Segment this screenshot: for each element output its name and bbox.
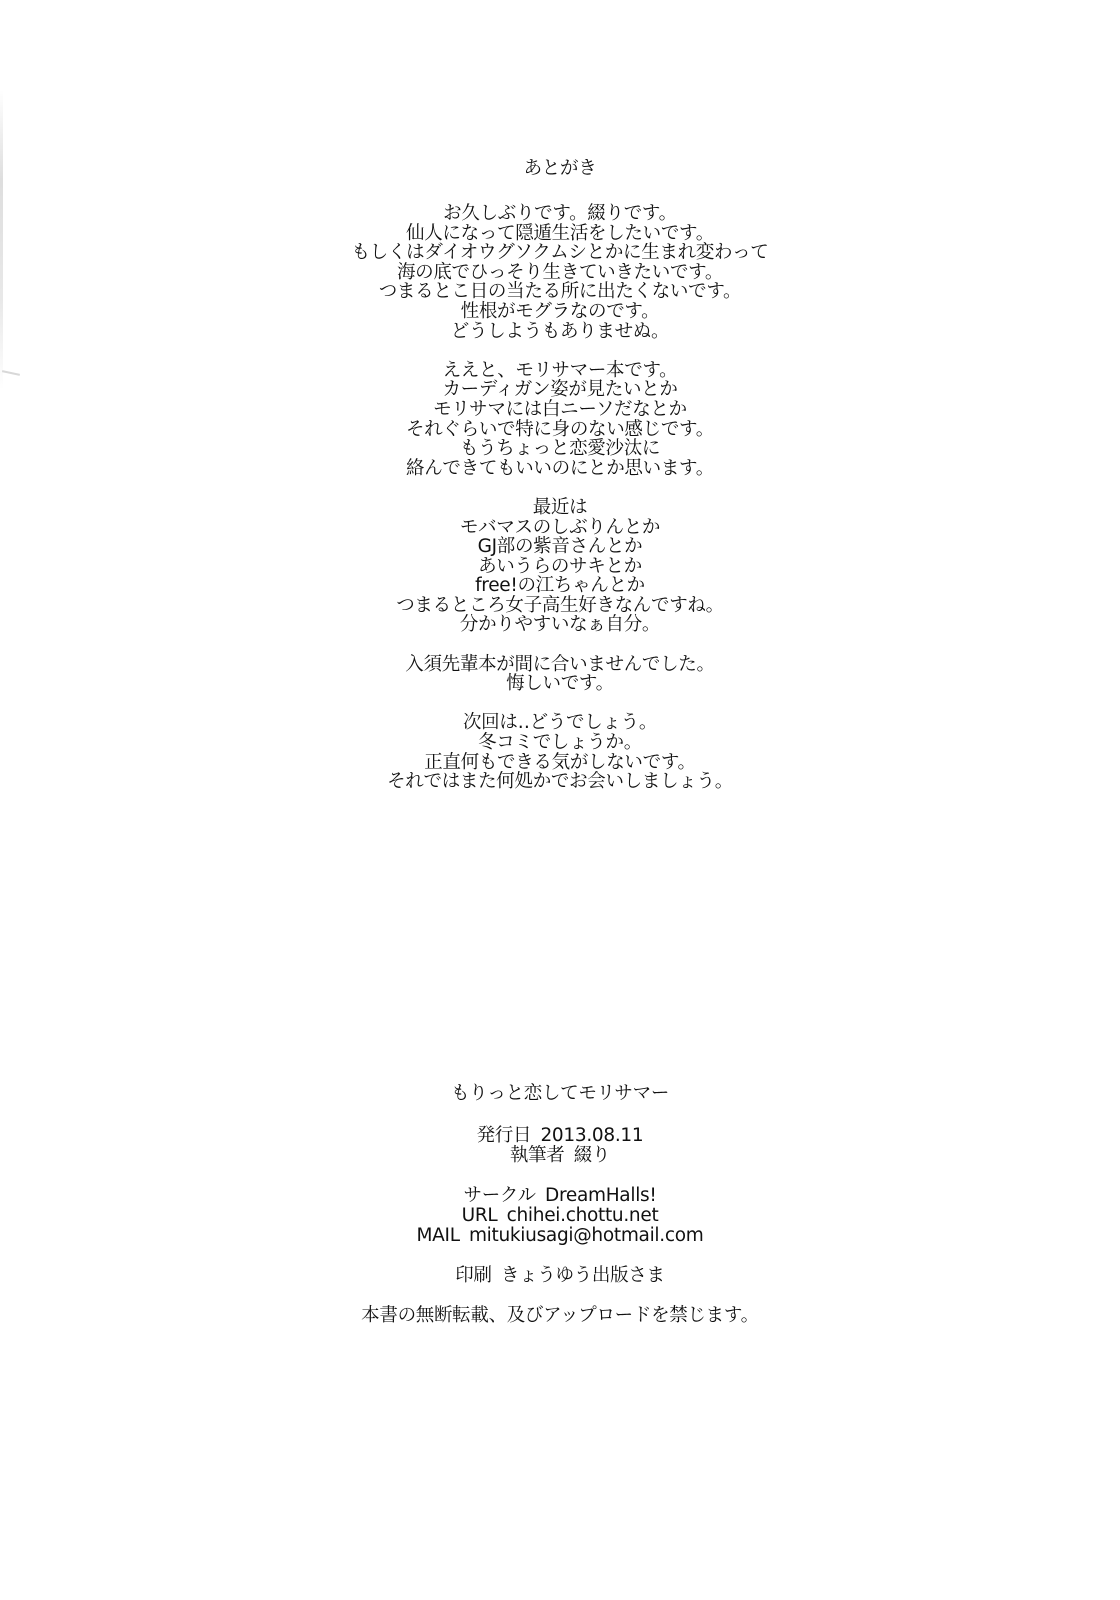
afterword-paragraph-4: 入須先輩本が間に合いませんでした。 悔しいです。 xyxy=(0,655,1120,694)
text-line: 仙人になって隠遁生活をしたいです。 xyxy=(0,224,1120,244)
text-line: 性根がモグラなのです。 xyxy=(0,302,1120,322)
url-row: URLchihei.chottu.net xyxy=(0,1206,1120,1226)
text-line: あいうらのサキとか xyxy=(0,557,1120,577)
afterword-paragraph-5: 次回は‥どうでしょう。 冬コミでしょうか。 正直何もできる気がしないです。 それ… xyxy=(0,713,1120,791)
text-line: 正直何もできる気がしないです。 xyxy=(0,753,1120,773)
text-line: カーディガン姿が見たいとか xyxy=(0,380,1120,400)
text-line: ええと、モリサマー本です。 xyxy=(0,361,1120,381)
text-line: お久しぶりです。綴りです。 xyxy=(0,204,1120,224)
circle-row: サークルDreamHalls! xyxy=(0,1186,1120,1206)
author-value: 綴り xyxy=(574,1145,610,1166)
text-line: もしくはダイオウグソクムシとかに生まれ変わって xyxy=(0,243,1120,263)
printing-value: きょうゆう出版さま xyxy=(501,1265,665,1286)
text-line: 絡んできてもいいのにとか思います。 xyxy=(0,459,1120,479)
book-page: あとがき お久しぶりです。綴りです。 仙人になって隠遁生活をしたいです。 もしく… xyxy=(0,0,1120,1600)
mail-value: mitukiusagi@hotmail.com xyxy=(469,1225,704,1246)
circle-value: DreamHalls! xyxy=(545,1185,656,1206)
publication-info: 発行日2013.08.11 執筆者綴り xyxy=(0,1126,1120,1166)
text-line: モリサマには白ニーソだなとか xyxy=(0,400,1120,420)
text-line: GJ部の紫音さんとか xyxy=(0,537,1120,557)
text-line: どうしようもありませぬ。 xyxy=(0,322,1120,342)
publication-date-value: 2013.08.11 xyxy=(540,1125,643,1146)
afterword-paragraph-3: 最近は モバマスのしぶりんとか GJ部の紫音さんとか あいうらのサキとか fre… xyxy=(0,498,1120,635)
text-line: モバマスのしぶりんとか xyxy=(0,518,1120,538)
mail-row: MAILmitukiusagi@hotmail.com xyxy=(0,1226,1120,1246)
url-label: URL xyxy=(462,1205,498,1226)
afterword-section: あとがき お久しぶりです。綴りです。 仙人になって隠遁生活をしたいです。 もしく… xyxy=(0,158,1120,811)
text-line: つまるとこ日の当たる所に出たくないです。 xyxy=(0,282,1120,302)
text-line: 冬コミでしょうか。 xyxy=(0,733,1120,753)
printing-row: 印刷きょうゆう出版さま xyxy=(0,1266,1120,1286)
text-line: それではまた何処かでお会いしましょう。 xyxy=(0,772,1120,792)
text-line: それぐらいで特に身のない感じです。 xyxy=(0,420,1120,440)
afterword-paragraph-2: ええと、モリサマー本です。 カーディガン姿が見たいとか モリサマには白ニーソだな… xyxy=(0,361,1120,479)
text-line: もうちょっと恋愛沙汰に xyxy=(0,439,1120,459)
mail-label: MAIL xyxy=(417,1225,460,1246)
author-label: 執筆者 xyxy=(510,1145,565,1166)
printing-info: 印刷きょうゆう出版さま xyxy=(0,1266,1120,1286)
text-line: 最近は xyxy=(0,498,1120,518)
author-row: 執筆者綴り xyxy=(0,1146,1120,1166)
copyright-notice: 本書の無断転載、及びアップロードを禁じます。 xyxy=(0,1306,1120,1326)
text-line: 分かりやすいなぁ自分。 xyxy=(0,615,1120,635)
publication-date-row: 発行日2013.08.11 xyxy=(0,1126,1120,1146)
text-line: free!の江ちゃんとか xyxy=(0,576,1120,596)
url-value: chihei.chottu.net xyxy=(507,1205,659,1226)
circle-label: サークル xyxy=(464,1185,536,1206)
afterword-paragraph-1: お久しぶりです。綴りです。 仙人になって隠遁生活をしたいです。 もしくはダイオウ… xyxy=(0,204,1120,341)
circle-info: サークルDreamHalls! URLchihei.chottu.net MAI… xyxy=(0,1186,1120,1246)
publication-date-label: 発行日 xyxy=(477,1125,532,1146)
text-line: つまるところ女子高生好きなんですね。 xyxy=(0,596,1120,616)
afterword-title: あとがき xyxy=(0,158,1120,180)
text-line: 次回は‥どうでしょう。 xyxy=(0,713,1120,733)
colophon-section: もりっと恋してモリサマー 発行日2013.08.11 執筆者綴り サークルDre… xyxy=(0,1084,1120,1346)
book-title: もりっと恋してモリサマー xyxy=(0,1084,1120,1104)
text-line: 入須先輩本が間に合いませんでした。 xyxy=(0,655,1120,675)
text-line: 海の底でひっそり生きていきたいです。 xyxy=(0,263,1120,283)
printing-label: 印刷 xyxy=(455,1265,491,1286)
text-line: 悔しいです。 xyxy=(0,674,1120,694)
